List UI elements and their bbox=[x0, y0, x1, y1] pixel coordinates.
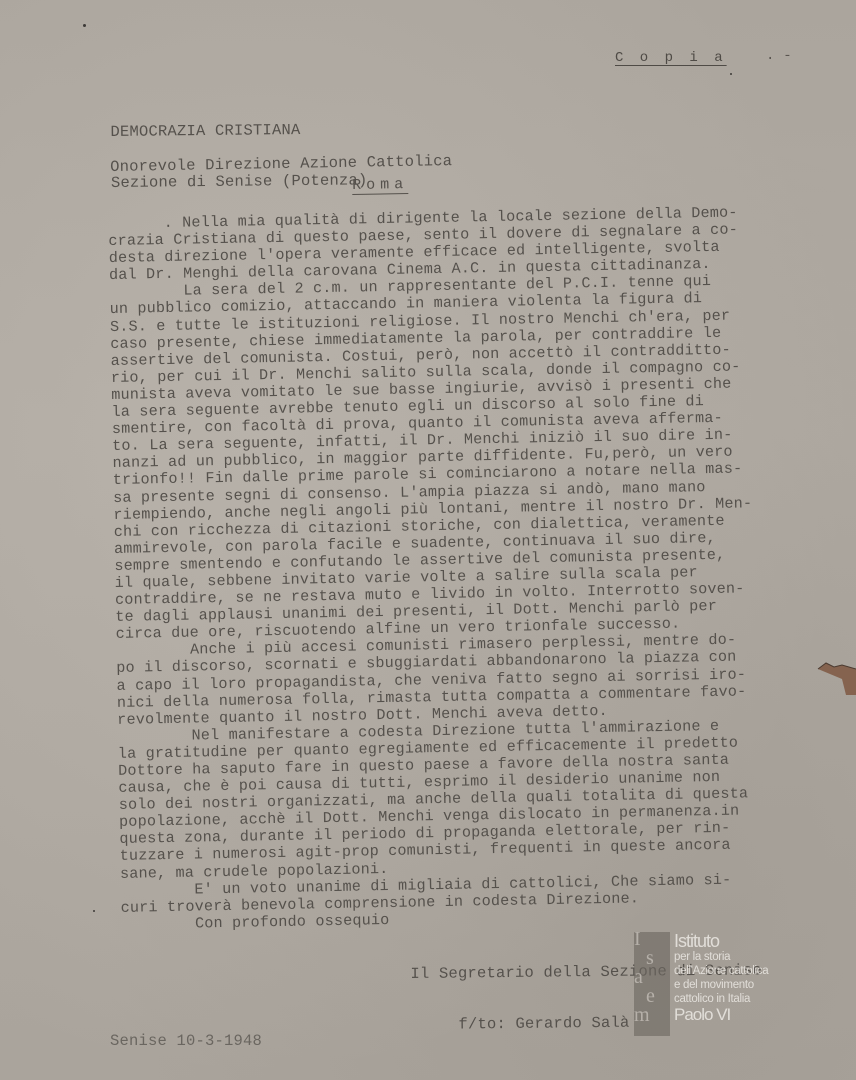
paper-tear bbox=[816, 655, 856, 695]
letter-body: . Nella mia qualità di dirigente la loca… bbox=[108, 204, 760, 934]
ink-speck bbox=[730, 73, 732, 75]
monogram-letter: a bbox=[634, 968, 676, 987]
watermark-line: Istituto bbox=[674, 932, 768, 950]
sender-org: DEMOCRAZIA CRISTIANA bbox=[110, 121, 367, 141]
watermark-line: Paolo VI bbox=[674, 1006, 768, 1024]
copy-mark: C o p i a bbox=[615, 50, 727, 66]
watermark-line: dell'Azione cattolica bbox=[674, 964, 768, 978]
letter-date: Senise 10-3-1948 bbox=[110, 1032, 262, 1050]
copy-mark-extra: . - bbox=[766, 48, 792, 64]
monogram-letter: m bbox=[634, 1006, 676, 1025]
institute-watermark: I s a e m Istituto per la storia dell'Az… bbox=[634, 932, 794, 1036]
watermark-monogram: I s a e m bbox=[634, 930, 676, 1025]
ink-speck bbox=[93, 910, 95, 912]
monogram-letter: I bbox=[634, 930, 676, 949]
watermark-line: cattolico in Italia bbox=[674, 992, 768, 1006]
watermark-line: per la storia bbox=[674, 950, 768, 964]
watermark-line: e del movimento bbox=[674, 978, 768, 992]
recipient-city: Roma bbox=[352, 176, 408, 194]
paper-page: C o p i a . - DEMOCRAZIA CRISTIANA Sezio… bbox=[0, 0, 856, 1080]
watermark-text: Istituto per la storia dell'Azione catto… bbox=[674, 932, 768, 1024]
ink-speck bbox=[83, 24, 86, 27]
